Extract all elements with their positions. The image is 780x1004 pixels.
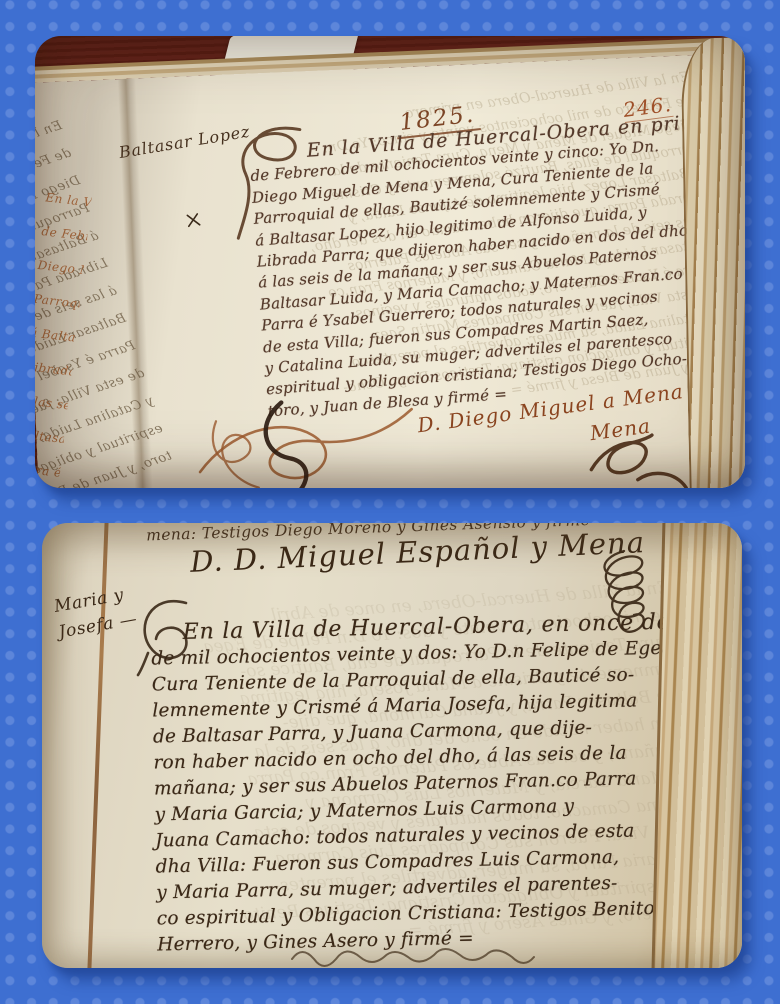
- page-fore-edge-stack: [651, 523, 742, 968]
- red-ink-swirl-flourish: [185, 389, 430, 488]
- margin-name-note: Maria y Josefa —: [52, 580, 139, 645]
- manuscript-text-block: En la Villa de Huercal-Obera en primerod…: [248, 111, 729, 422]
- dotted-blue-background: En la Villa de Huercal-Obera en primerod…: [0, 0, 780, 1004]
- signature-rubric-flourish: [582, 427, 695, 488]
- stacked-page-edges: [680, 37, 745, 488]
- open-register-book: En la Villa de Huercal-Obera en primerod…: [35, 52, 745, 488]
- cut-off-signature-scribble: [288, 943, 538, 968]
- x-pen-mark: [185, 212, 202, 229]
- photo-baptism-record-1825: En la Villa de Huercal-Obera en primerod…: [35, 36, 745, 488]
- manuscript-text-block: En la Villa de Huercal-Obera, en once de…: [151, 610, 686, 959]
- photo-baptism-record-1822: En la Villa de Huercal-Obera, en once de…: [42, 523, 742, 968]
